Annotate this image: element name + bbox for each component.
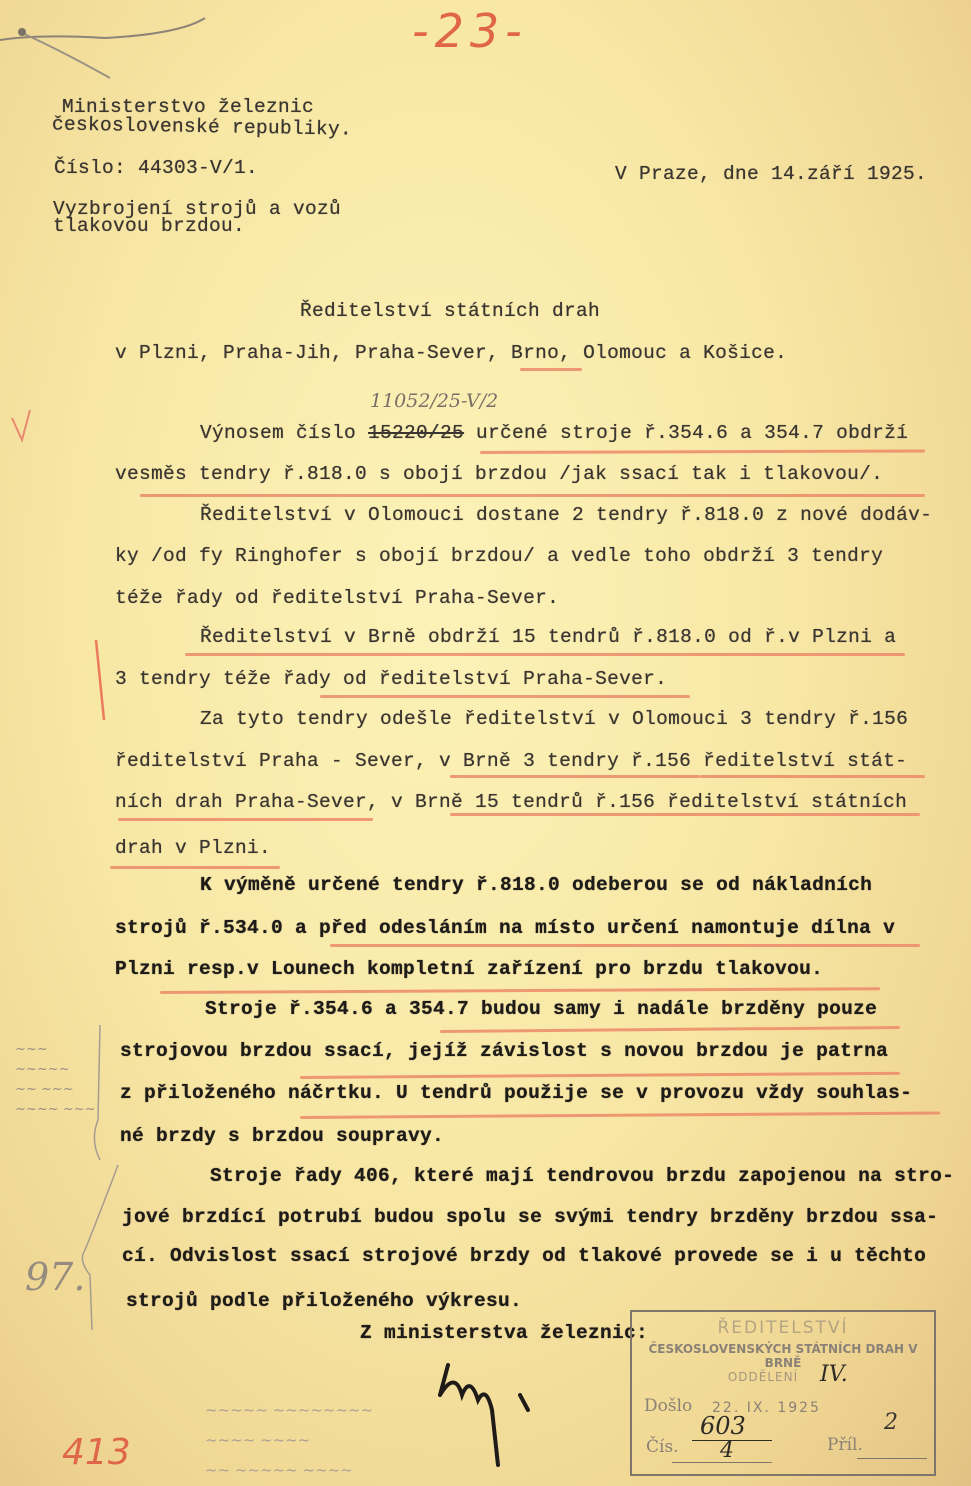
- red-underline: [450, 813, 920, 816]
- paragraph-5-line3: Plzni resp.v Lounech kompletní zařízení …: [115, 958, 823, 980]
- stamp-attachments-label: Příl.: [827, 1435, 863, 1455]
- red-underline: [185, 653, 905, 656]
- paragraph-2-line2: ky /od fy Ringhofer s obojí brzdou/ a ve…: [115, 545, 883, 567]
- paragraph-5-line2: strojů ř.534.0 a před odesláním na místo…: [115, 917, 895, 939]
- closing-line: Z ministerstva železnic:: [360, 1322, 648, 1344]
- red-underline: [118, 818, 373, 821]
- red-underline: [700, 775, 925, 778]
- addressee-line2: v Plzni, Praha-Jih, Praha-Sever, Brno, O…: [115, 342, 787, 364]
- paragraph-4-line1: Za tyto tendry odešle ředitelství v Olom…: [200, 708, 908, 730]
- red-underline: [320, 695, 690, 698]
- stamp-line: [857, 1458, 927, 1459]
- paragraph-3-line1: Ředitelství v Brně obdrží 15 tendrů ř.81…: [200, 626, 896, 648]
- paragraph-3-line2: 3 tendry téže řady od ředitelství Praha-…: [115, 668, 667, 690]
- reference-number: Číslo: 44303-V/1.: [54, 157, 258, 179]
- received-stamp: ŘEDITELSTVÍ ČESKOSLOVENSKÝCH STÁTNÍCH DR…: [630, 1310, 936, 1476]
- margin-number-left: 97.: [25, 1255, 85, 1299]
- red-underline: [520, 368, 582, 371]
- margin-number-bottom: 413: [62, 1432, 131, 1473]
- struck-number: 15220/25: [368, 422, 464, 444]
- stamp-received-label: Došlo: [644, 1396, 692, 1416]
- paragraph-7-line2: jové brzdící potrubí budou spolu se svým…: [122, 1206, 938, 1228]
- paragraph-2-line3: téže řady od ředitelství Praha-Sever.: [115, 587, 559, 609]
- document-page: -23- Ministerstvo železnic československ…: [0, 0, 971, 1486]
- red-underline: [450, 775, 700, 778]
- paragraph-1-line2: vesměs tendry ř.818.0 s obojí brzdou /ja…: [115, 463, 883, 485]
- stamp-department-value: IV.: [820, 1362, 848, 1387]
- paragraph-4-line2: ředitelství Praha - Sever, v Brně 3 tend…: [115, 750, 907, 772]
- stamp-department-label: ODDĚLENÍ: [632, 1370, 934, 1384]
- page-number-mark: -23-: [412, 4, 528, 58]
- paragraph-7-line1: Stroje řady 406, které mají tendrovou br…: [210, 1165, 954, 1187]
- paragraph-6-line2: strojovou brzdou ssací, jejíž závislost …: [120, 1040, 888, 1062]
- handwritten-reference: 11052/25-V/2: [370, 390, 498, 412]
- signature: [430, 1360, 540, 1470]
- paragraph-6-line4: né brzdy s brzdou soupravy.: [120, 1125, 444, 1147]
- place-date: V Praze, dne 14.září 1925.: [615, 163, 927, 185]
- paragraph-4-line4: drah v Plzni.: [115, 837, 271, 859]
- stamp-number-top: 603: [700, 1412, 746, 1440]
- margin-pencil-note: ~~~~~~~~~~ ~~~~~~~ ~~~: [15, 1040, 95, 1120]
- stamp-line: [672, 1462, 772, 1463]
- red-underline: [330, 944, 920, 947]
- subject-line2: tlakovou brzdou.: [53, 215, 245, 237]
- paragraph-5-line1: K výměně určené tendry ř.818.0 odeberou …: [200, 874, 872, 896]
- stamp-number-label: Čís.: [646, 1437, 679, 1457]
- stamp-line1: ŘEDITELSTVÍ: [632, 1318, 934, 1338]
- paragraph-7-line3: cí. Odvislost ssací strojové brzdy od tl…: [122, 1245, 926, 1267]
- paragraph-2-line1: Ředitelství v Olomouci dostane 2 tendry …: [200, 504, 932, 526]
- paragraph-4-line3: ních drah Praha-Sever, v Brně 15 tendrů …: [115, 791, 907, 813]
- pencil-note-bottom: ~~~~~ ~~~~~~~~~~~~ ~~~~~~ ~~~~~ ~~~~: [205, 1395, 373, 1485]
- addressee-line1: Ředitelství státních drah: [300, 300, 600, 322]
- paragraph-6-line1: Stroje ř.354.6 a 354.7 budou samy i nadá…: [205, 998, 877, 1020]
- red-underline: [110, 866, 280, 869]
- paragraph-7-line4: strojů podle přiloženého výkresu.: [126, 1290, 522, 1312]
- red-underline: [140, 494, 925, 497]
- paragraph-6-line3: z přiloženého náčrtku. U tendrů použije …: [120, 1082, 912, 1104]
- stamp-attachments-value: 2: [884, 1410, 898, 1435]
- paragraph-1-line1: Výnosem číslo 15220/25 určené stroje ř.3…: [200, 422, 908, 444]
- stamp-number-bottom: 4: [720, 1438, 734, 1463]
- stamp-line2: ČESKOSLOVENSKÝCH STÁTNÍCH DRAH V BRNĚ: [632, 1342, 934, 1370]
